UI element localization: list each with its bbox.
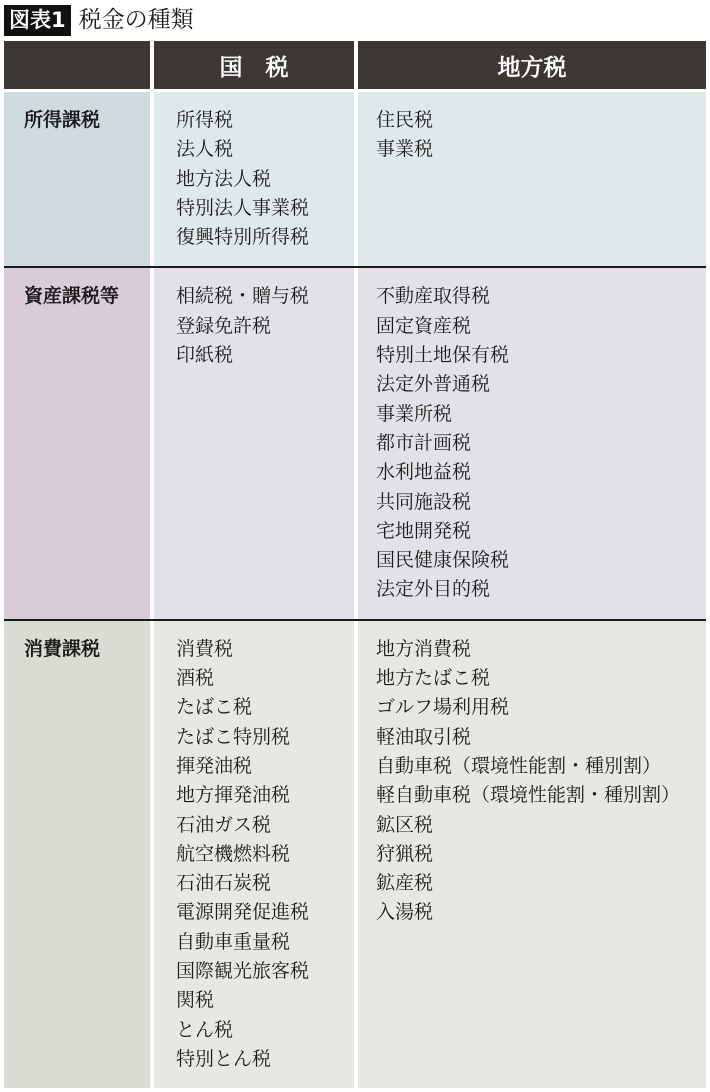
tax-item: たばこ税 [176, 693, 354, 722]
tax-item: 国民健康保険税 [376, 546, 706, 575]
category-cell: 所得課税 [4, 92, 150, 266]
national-tax-list: 消費税酒税たばこ税たばこ特別税揮発油税地方揮発油税石油ガス税航空機燃料税石油石炭… [154, 621, 354, 1088]
tax-item: 事業所税 [376, 400, 706, 429]
category-cell: 消費課税 [4, 621, 150, 1088]
tax-item: 住民税 [376, 106, 706, 135]
tax-item: 固定資産税 [376, 312, 706, 341]
tax-item: 事業税 [376, 135, 706, 164]
figure-label: 図表1 [4, 5, 71, 36]
category-cell: 資産課税等 [4, 268, 150, 618]
tax-item: 航空機燃料税 [176, 840, 354, 869]
figure-title-bar: 図表1 税金の種類 [4, 4, 194, 36]
tax-item: 自動車重量税 [176, 928, 354, 957]
tax-item: 所得税 [176, 106, 354, 135]
tax-item: 鉱区税 [376, 811, 706, 840]
tax-item: 地方たばこ税 [376, 664, 706, 693]
table-header-row: 国 税 地方税 [4, 41, 706, 89]
tax-item: 印紙税 [176, 341, 354, 370]
tax-item: 地方揮発油税 [176, 781, 354, 810]
tax-item: 酒税 [176, 664, 354, 693]
local-tax-list: 住民税事業税 [358, 92, 706, 266]
tax-item: 特別土地保有税 [376, 341, 706, 370]
national-tax-list: 相続税・贈与税登録免許税印紙税 [154, 268, 354, 618]
tax-item: ゴルフ場利用税 [376, 693, 706, 722]
tax-item: 揮発油税 [176, 752, 354, 781]
tax-item: 法定外目的税 [376, 575, 706, 604]
tax-item: 水利地益税 [376, 458, 706, 487]
figure-title: 税金の種類 [79, 6, 194, 34]
tax-item: 登録免許税 [176, 312, 354, 341]
tax-item: 軽自動車税（環境性能割・種別割） [376, 781, 706, 810]
tax-types-table: 国 税 地方税 所得課税 所得税法人税地方法人税特別法人事業税復興特別所得税 住… [4, 41, 706, 1088]
tax-item: 鉱産税 [376, 869, 706, 898]
tax-item: 軽油取引税 [376, 723, 706, 752]
tax-item: 不動産取得税 [376, 282, 706, 311]
tax-item: 石油石炭税 [176, 869, 354, 898]
tax-item: とん税 [176, 1016, 354, 1045]
tax-item: 地方消費税 [376, 635, 706, 664]
tax-item: 石油ガス税 [176, 811, 354, 840]
national-tax-list: 所得税法人税地方法人税特別法人事業税復興特別所得税 [154, 92, 354, 266]
tax-item: 復興特別所得税 [176, 223, 354, 252]
table-row-income-tax: 所得課税 所得税法人税地方法人税特別法人事業税復興特別所得税 住民税事業税 [4, 92, 706, 266]
tax-item: 入湯税 [376, 898, 706, 927]
tax-item: 法定外普通税 [376, 370, 706, 399]
header-category [4, 41, 150, 89]
tax-item: 地方法人税 [176, 165, 354, 194]
header-national-tax: 国 税 [154, 41, 354, 89]
local-tax-list: 地方消費税地方たばこ税ゴルフ場利用税軽油取引税自動車税（環境性能割・種別割）軽自… [358, 621, 706, 1088]
tax-item: 消費税 [176, 635, 354, 664]
local-tax-list: 不動産取得税固定資産税特別土地保有税法定外普通税事業所税都市計画税水利地益税共同… [358, 268, 706, 618]
tax-item: 特別法人事業税 [176, 194, 354, 223]
tax-item: 関税 [176, 986, 354, 1015]
tax-item: 自動車税（環境性能割・種別割） [376, 752, 706, 781]
table-row-consumption-tax: 消費課税 消費税酒税たばこ税たばこ特別税揮発油税地方揮発油税石油ガス税航空機燃料… [4, 621, 706, 1088]
tax-item: 狩猟税 [376, 840, 706, 869]
tax-item: 宅地開発税 [376, 517, 706, 546]
tax-item: 共同施設税 [376, 488, 706, 517]
table-row-asset-tax: 資産課税等 相続税・贈与税登録免許税印紙税 不動産取得税固定資産税特別土地保有税… [4, 268, 706, 618]
tax-item: 法人税 [176, 135, 354, 164]
tax-item: 相続税・贈与税 [176, 282, 354, 311]
tax-item: 国際観光旅客税 [176, 957, 354, 986]
tax-item: たばこ特別税 [176, 723, 354, 752]
tax-item: 特別とん税 [176, 1045, 354, 1074]
header-local-tax: 地方税 [358, 41, 706, 89]
tax-item: 都市計画税 [376, 429, 706, 458]
tax-item: 電源開発促進税 [176, 898, 354, 927]
